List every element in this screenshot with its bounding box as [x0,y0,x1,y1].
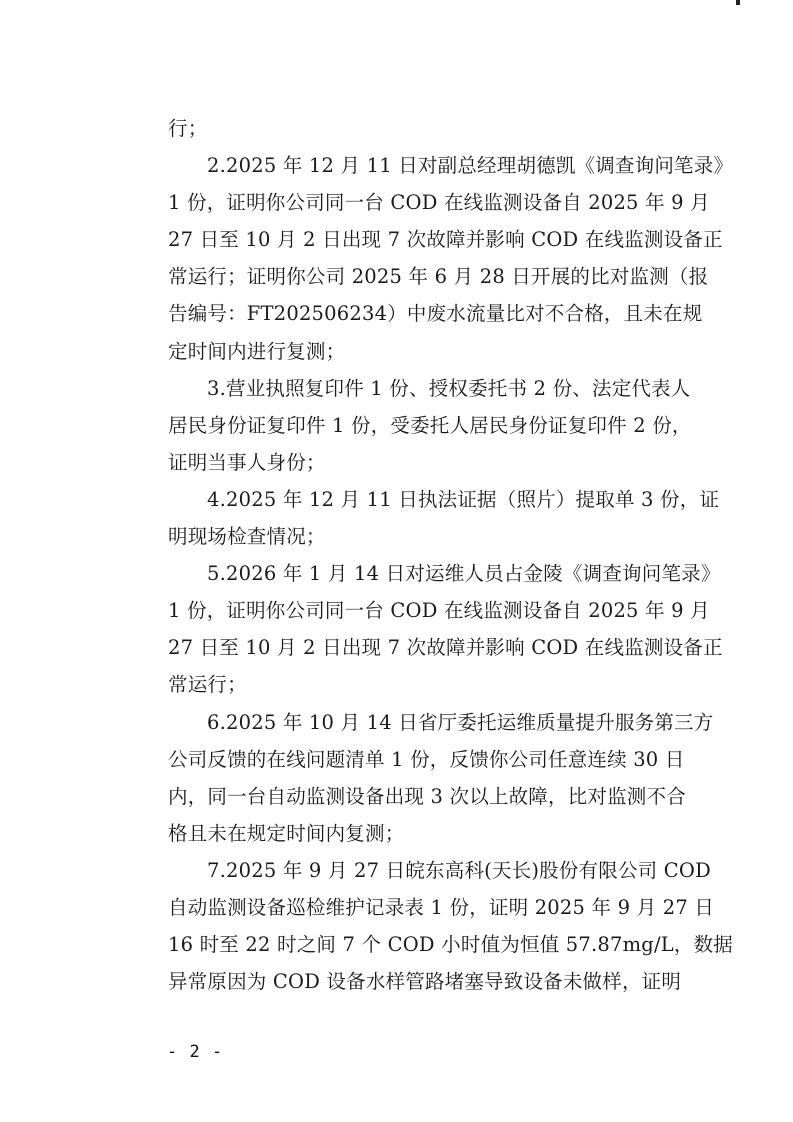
text-line: 27 日至 10 月 2 日出现 7 次故障并影响 COD 在线监测设备正 [168,629,670,666]
evidence-item-2: 2.2025 年 12 月 11 日对副总经理胡德凯《调查询问笔录》 1 份，证… [168,147,670,370]
text-line: 3.营业执照复印件 1 份、授权委托书 2 份、法定代表人 [168,370,670,407]
text-line: 2.2025 年 12 月 11 日对副总经理胡德凯《调查询问笔录》 [168,147,670,184]
paragraph-continuation: 行； [168,110,670,147]
evidence-item-7: 7.2025 年 9 月 27 日皖东高科(天长)股份有限公司 COD 自动监测… [168,852,670,1000]
text-line: 明现场检查情况； [168,518,670,555]
evidence-item-4: 4.2025 年 12 月 11 日执法证据（照片）提取单 3 份，证 明现场检… [168,481,670,555]
evidence-item-3: 3.营业执照复印件 1 份、授权委托书 2 份、法定代表人 居民身份证复印件 1… [168,370,670,481]
text-line: 27 日至 10 月 2 日出现 7 次故障并影响 COD 在线监测设备正 [168,221,670,258]
text-line: 4.2025 年 12 月 11 日执法证据（照片）提取单 3 份，证 [168,481,670,518]
text-line: 7.2025 年 9 月 27 日皖东高科(天长)股份有限公司 COD [168,852,670,889]
evidence-item-6: 6.2025 年 10 月 14 日省厅委托运维质量提升服务第三方 公司反馈的在… [168,704,670,852]
document-body: 行； 2.2025 年 12 月 11 日对副总经理胡德凯《调查询问笔录》 1 … [168,110,670,1000]
text-line: 告编号：FT202506234）中废水流量比对不合格，且未在规 [168,295,670,332]
text-line: 格且未在规定时间内复测； [168,815,670,852]
text-line: 异常原因为 COD 设备水样管路堵塞导致设备未做样，证明 [168,963,670,1000]
text-line: 行； [168,110,670,147]
text-line: 居民身份证复印件 1 份，受委托人居民身份证复印件 2 份， [168,407,670,444]
text-line: 常运行；证明你公司 2025 年 6 月 28 日开展的比对监测（报 [168,258,670,295]
text-line: 自动监测设备巡检维护记录表 1 份，证明 2025 年 9 月 27 日 [168,889,670,926]
text-line: 16 时至 22 时之间 7 个 COD 小时值为恒值 57.87mg/L，数据 [168,926,670,963]
text-line: 1 份，证明你公司同一台 COD 在线监测设备自 2025 年 9 月 [168,592,670,629]
text-line: 常运行； [168,666,670,703]
page-number: - 2 - [167,1042,223,1062]
text-line: 内，同一台自动监测设备出现 3 次以上故障，比对监测不合 [168,778,670,815]
text-line: 公司反馈的在线问题清单 1 份，反馈你公司任意连续 30 日 [168,741,670,778]
scan-mark [736,0,740,5]
text-line: 1 份，证明你公司同一台 COD 在线监测设备自 2025 年 9 月 [168,184,670,221]
text-line: 定时间内进行复测； [168,333,670,370]
evidence-item-5: 5.2026 年 1 月 14 日对运维人员占金陵《调查询问笔录》 1 份，证明… [168,555,670,703]
text-line: 6.2025 年 10 月 14 日省厅委托运维质量提升服务第三方 [168,704,670,741]
text-line: 5.2026 年 1 月 14 日对运维人员占金陵《调查询问笔录》 [168,555,670,592]
text-line: 证明当事人身份； [168,444,670,481]
